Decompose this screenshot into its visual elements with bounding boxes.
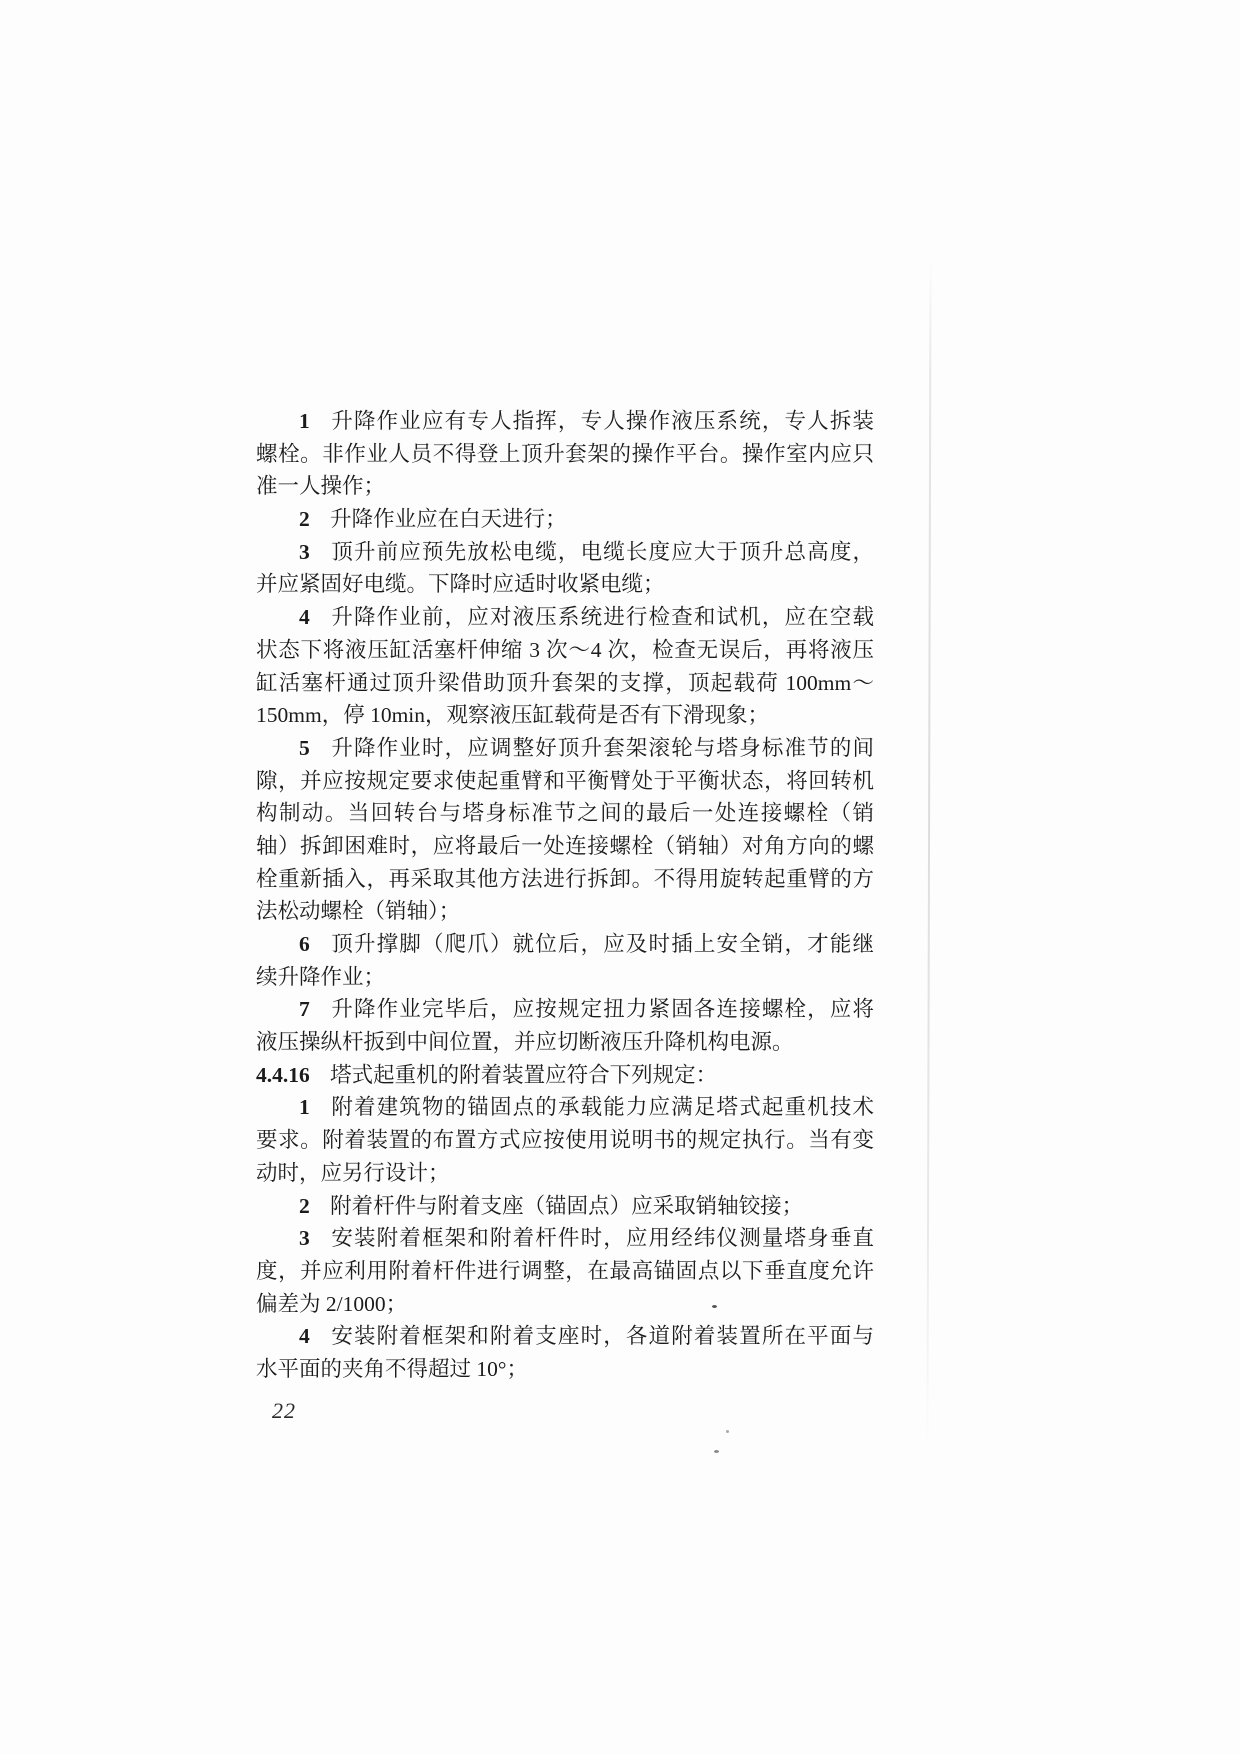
text-line: 缸活塞杆通过顶升梁借助顶升套架的支撑，顶起载荷 100mm～ <box>256 667 874 700</box>
line-text: 顶升前应预先放松电缆，电缆长度应大于顶升总高度， <box>330 540 874 564</box>
item-number: 2 <box>299 507 310 531</box>
line-text: 轴）拆卸困难时，应将最后一处连接螺栓（销轴）对角方向的螺 <box>256 834 874 858</box>
scan-speck <box>712 1305 717 1308</box>
line-text: 法松动螺栓（销轴）； <box>256 899 460 923</box>
text-line: 偏差为 2/1000； <box>256 1288 874 1321</box>
text-line: 并应紧固好电缆。下降时应适时收紧电缆； <box>256 568 874 601</box>
line-text: 水平面的夹角不得超过 10°； <box>256 1357 528 1381</box>
scan-artifact-line <box>926 258 931 1446</box>
text-line: 1升降作业应有专人指挥，专人操作液压系统，专人拆装 <box>256 405 874 438</box>
line-text: 隙，并应按规定要求使起重臂和平衡臂处于平衡状态，将回转机 <box>256 769 874 793</box>
item-number: 6 <box>299 932 310 956</box>
line-text: 准一人操作； <box>256 474 385 498</box>
text-line: 150mm，停 10min，观察液压缸载荷是否有下滑现象； <box>256 699 874 732</box>
line-text: 安装附着框架和附着支座时，各道附着装置所在平面与 <box>330 1324 874 1348</box>
item-number: 3 <box>299 1226 310 1250</box>
text-line: 法松动螺栓（销轴）； <box>256 895 874 928</box>
line-text: 螺栓。非作业人员不得登上顶升套架的操作平台。操作室内应只 <box>256 442 874 466</box>
line-text: 栓重新插入，再采取其他方法进行拆卸。不得用旋转起重臂的方 <box>256 867 874 891</box>
line-text: 150mm，停 10min，观察液压缸载荷是否有下滑现象； <box>256 703 769 727</box>
line-text: 并应紧固好电缆。下降时应适时收紧电缆； <box>256 572 665 596</box>
text-line: 构制动。当回转台与塔身标准节之间的最后一处连接螺栓（销 <box>256 797 874 830</box>
text-line: 续升降作业； <box>256 961 874 994</box>
page-number: 22 <box>272 1398 296 1424</box>
item-number: 5 <box>299 736 310 760</box>
text-line: 4安装附着框架和附着支座时，各道附着装置所在平面与 <box>256 1320 874 1353</box>
text-line: 4.4.16塔式起重机的附着装置应符合下列规定： <box>256 1059 874 1092</box>
text-line: 要求。附着装置的布置方式应按使用说明书的规定执行。当有变 <box>256 1124 874 1157</box>
text-line: 3安装附着框架和附着杆件时，应用经纬仪测量塔身垂直 <box>256 1222 874 1255</box>
item-number: 1 <box>299 409 310 433</box>
text-line: 水平面的夹角不得超过 10°； <box>256 1353 874 1386</box>
line-text: 安装附着框架和附着杆件时，应用经纬仪测量塔身垂直 <box>330 1226 874 1250</box>
line-text: 度，并应利用附着杆件进行调整，在最高锚固点以下垂直度允许 <box>256 1259 874 1283</box>
text-line: 4升降作业前，应对液压系统进行检查和试机，应在空载 <box>256 601 874 634</box>
line-text: 动时，应另行设计； <box>256 1161 450 1185</box>
text-line: 隙，并应按规定要求使起重臂和平衡臂处于平衡状态，将回转机 <box>256 765 874 798</box>
line-text: 升降作业时，应调整好顶升套架滚轮与塔身标准节的间 <box>330 736 874 760</box>
text-line: 5升降作业时，应调整好顶升套架滚轮与塔身标准节的间 <box>256 732 874 765</box>
line-text: 升降作业应有专人指挥，专人操作液压系统，专人拆装 <box>330 409 874 433</box>
line-text: 塔式起重机的附着装置应符合下列规定： <box>330 1063 717 1087</box>
line-text: 顶升撑脚（爬爪）就位后，应及时插上安全销，才能继 <box>330 932 874 956</box>
scan-speck <box>726 1430 729 1433</box>
line-text: 升降作业前，应对液压系统进行检查和试机，应在空载 <box>330 605 874 629</box>
line-text: 偏差为 2/1000； <box>256 1292 407 1316</box>
line-text: 构制动。当回转台与塔身标准节之间的最后一处连接螺栓（销 <box>256 801 874 825</box>
line-text: 续升降作业； <box>256 965 385 989</box>
line-text: 附着杆件与附着支座（锚固点）应采取销轴铰接； <box>330 1194 803 1218</box>
line-text: 缸活塞杆通过顶升梁借助顶升套架的支撑，顶起载荷 100mm～ <box>256 671 874 695</box>
text-line: 动时，应另行设计； <box>256 1157 874 1190</box>
item-number: 4 <box>299 605 310 629</box>
line-text: 升降作业应在白天进行； <box>330 507 567 531</box>
scan-speck <box>714 1450 719 1453</box>
text-line: 6顶升撑脚（爬爪）就位后，应及时插上安全销，才能继 <box>256 928 874 961</box>
body-text: 1升降作业应有专人指挥，专人操作液压系统，专人拆装螺栓。非作业人员不得登上顶升套… <box>256 405 874 1386</box>
line-text: 状态下将液压缸活塞杆伸缩 3 次～4 次，检查无误后，再将液压 <box>256 638 874 662</box>
item-number: 4.4.16 <box>256 1063 310 1087</box>
item-number: 4 <box>299 1324 310 1348</box>
item-number: 2 <box>299 1194 310 1218</box>
item-number: 3 <box>299 540 310 564</box>
text-line: 状态下将液压缸活塞杆伸缩 3 次～4 次，检查无误后，再将液压 <box>256 634 874 667</box>
item-number: 1 <box>299 1095 310 1119</box>
text-line: 液压操纵杆扳到中间位置，并应切断液压升降机构电源。 <box>256 1026 874 1059</box>
text-line: 7升降作业完毕后，应按规定扭力紧固各连接螺栓，应将 <box>256 993 874 1026</box>
text-line: 1附着建筑物的锚固点的承载能力应满足塔式起重机技术 <box>256 1091 874 1124</box>
line-text: 附着建筑物的锚固点的承载能力应满足塔式起重机技术 <box>330 1095 874 1119</box>
document-page: 1升降作业应有专人指挥，专人操作液压系统，专人拆装螺栓。非作业人员不得登上顶升套… <box>0 0 1240 1754</box>
text-line: 栓重新插入，再采取其他方法进行拆卸。不得用旋转起重臂的方 <box>256 863 874 896</box>
text-line: 2升降作业应在白天进行； <box>256 503 874 536</box>
text-line: 2附着杆件与附着支座（锚固点）应采取销轴铰接； <box>256 1190 874 1223</box>
line-text: 要求。附着装置的布置方式应按使用说明书的规定执行。当有变 <box>256 1128 874 1152</box>
line-text: 升降作业完毕后，应按规定扭力紧固各连接螺栓，应将 <box>330 997 874 1021</box>
text-line: 准一人操作； <box>256 470 874 503</box>
text-line: 3顶升前应预先放松电缆，电缆长度应大于顶升总高度， <box>256 536 874 569</box>
item-number: 7 <box>299 997 310 1021</box>
text-line: 度，并应利用附着杆件进行调整，在最高锚固点以下垂直度允许 <box>256 1255 874 1288</box>
text-line: 轴）拆卸困难时，应将最后一处连接螺栓（销轴）对角方向的螺 <box>256 830 874 863</box>
text-line: 螺栓。非作业人员不得登上顶升套架的操作平台。操作室内应只 <box>256 438 874 471</box>
line-text: 液压操纵杆扳到中间位置，并应切断液压升降机构电源。 <box>256 1030 794 1054</box>
